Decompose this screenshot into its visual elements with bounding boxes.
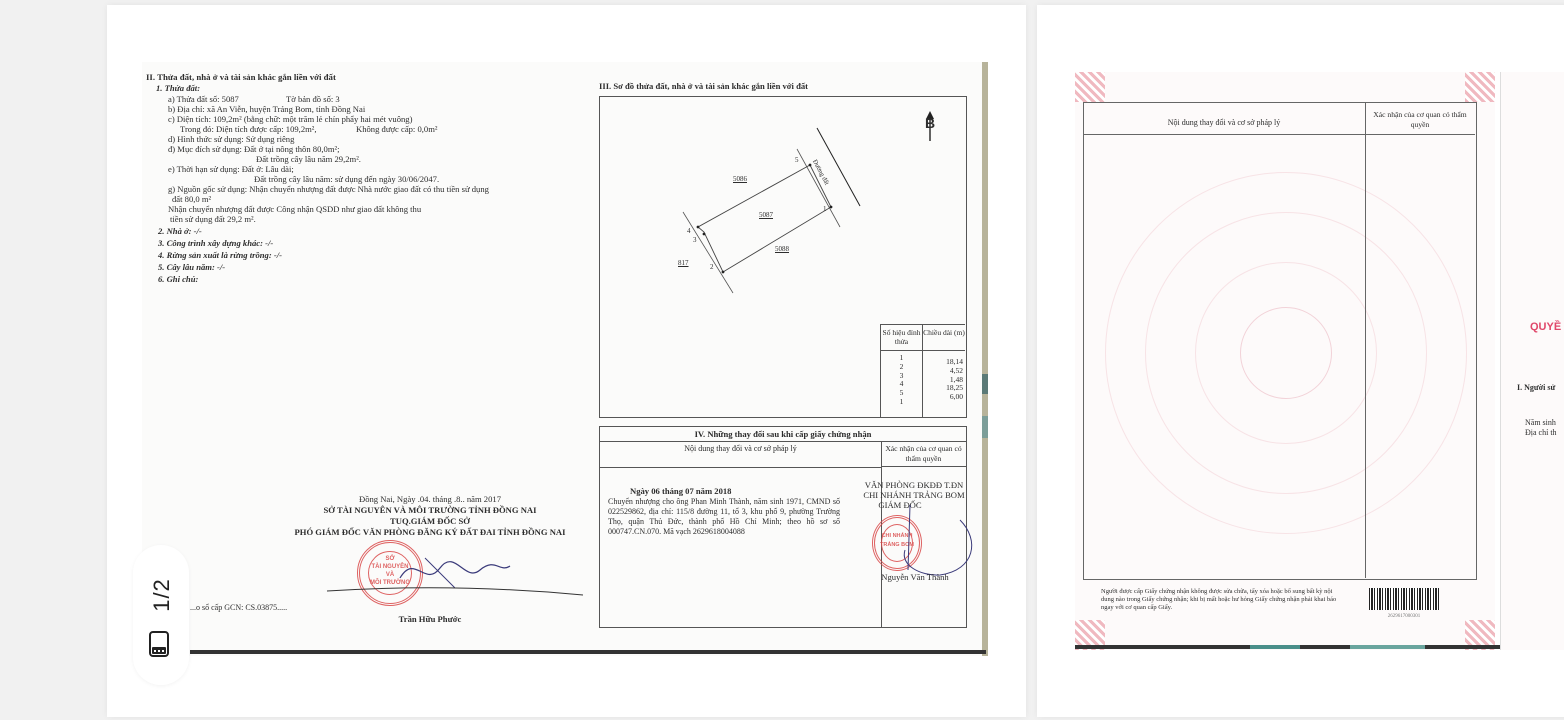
vertex-2: 2: [710, 262, 714, 272]
parcel-label-5086: 5086: [733, 174, 747, 184]
signature-org: SỞ TÀI NGUYÊN VÀ MÔI TRƯỜNG TỈNH ĐỒNG NA…: [280, 505, 580, 515]
edge-length-table: Số hiệu đỉnh thửa Chiều dài (m) 1 2 3 4 …: [880, 324, 965, 417]
barcode-number: 2629617000301: [1369, 612, 1439, 622]
signature-scribble-2: [880, 500, 980, 580]
usage-origin: g) Nguồn gốc sử dụng: Nhận chuyển nhượng…: [168, 184, 489, 194]
parcel-area: c) Diện tích: 109,2m² (bằng chữ: một tră…: [168, 114, 412, 124]
usage-origin-2: đất 80,0 m²: [172, 194, 211, 204]
parcel-number: a) Thửa đất số: 5087: [168, 94, 239, 104]
signer-name: Trần Hữu Phước: [330, 614, 530, 624]
granted-area: Trong đó: Diện tích được cấp: 109,2m²,: [180, 124, 317, 134]
length-table-header-length: Chiều dài (m): [923, 325, 965, 351]
confirm-signer: Nguyễn Văn Thành: [860, 572, 970, 582]
not-granted-area: Không được cấp: 0,0m²: [356, 124, 437, 134]
next-page-line-3: Địa chỉ th: [1525, 428, 1557, 438]
scan-edge: [982, 62, 988, 656]
next-page-line-1: I. Người sử: [1517, 383, 1555, 393]
parcel-label-5087: 5087: [759, 210, 773, 220]
usage-form: d) Hình thức sử dụng: Sử dụng riêng: [168, 134, 294, 144]
section2-title: II. Thửa đất, nhà ở và tài sản khác gắn …: [146, 72, 336, 82]
usage-purpose-2: Đất trồng cây lâu năm 29,2m².: [256, 154, 361, 164]
notes-item: 6. Ghi chú:: [158, 274, 198, 284]
signature-tuq: TUQ.GIÁM ĐỐC SỞ: [280, 516, 580, 526]
section2-sub1: 1. Thửa đất:: [156, 83, 200, 93]
section3-title: III. Sơ đồ thửa đất, nhà ở và tài sản kh…: [599, 81, 808, 91]
north-arrow-label: B: [925, 118, 935, 128]
length-table-points: 1 2 3 4 5 1: [881, 351, 923, 417]
signature-date: Đồng Nai, Ngày .04. tháng .8.. năm 2017: [280, 494, 580, 504]
map-sheet-number: Tờ bản đồ số: 3: [286, 94, 340, 104]
length-table-header-point: Số hiệu đỉnh thửa: [881, 325, 923, 351]
page-indicator[interactable]: 1/2: [133, 545, 189, 685]
change-entry-date: Ngày 06 tháng 07 năm 2018: [630, 486, 731, 496]
usage-purpose: đ) Mục đích sử dụng: Đất ở tại nông thôn…: [168, 144, 339, 154]
next-page-title: QUYỀ: [1530, 322, 1561, 332]
page2-footer-note: Người được cấp Giấy chứng nhận không đượ…: [1101, 588, 1337, 612]
page2-col-confirmation: Xác nhận của cơ quan có thẩm quyền: [1367, 110, 1473, 130]
usage-term: e) Thời hạn sử dụng: Đất ở: Lâu dài;: [168, 164, 294, 174]
parcel-label-5088: 5088: [775, 244, 789, 254]
next-page-line-2: Năm sinh: [1525, 418, 1556, 428]
usage-term-2: Đất trồng cây lâu năm: sử dụng đến ngày …: [254, 174, 439, 184]
changes-col-content: Nội dung thay đổi và cơ sở pháp lý: [600, 441, 882, 468]
signature-role: PHÓ GIÁM ĐỐC VĂN PHÒNG ĐĂNG KÝ ĐẤT ĐAI T…: [272, 527, 588, 537]
signature-underline: [325, 585, 585, 599]
page2-col-content: Nội dung thay đổi và cơ sở pháp lý: [1083, 118, 1365, 128]
section4-title: IV. Những thay đổi sau khi cấp giấy chứn…: [600, 427, 966, 442]
scan-bottom-edge: [190, 650, 986, 654]
vertex-4: 4: [687, 226, 691, 236]
change-entry-body: Chuyển nhượng cho ông Phan Minh Thành, n…: [608, 497, 840, 537]
parcel-address: b) Địa chỉ: xã An Viễn, huyện Trảng Bom,…: [168, 104, 365, 114]
vertex-1: 1: [823, 204, 827, 214]
tablet-icon: [149, 631, 169, 657]
usage-origin-3: Nhận chuyển nhượng đất được Công nhận QS…: [168, 204, 421, 214]
length-table-lengths: 18,14 4,52 1,48 18,25 6,00: [923, 351, 963, 417]
house-item: 2. Nhà ở: -/-: [158, 226, 202, 236]
certificate-scan-page-3-partial: [1500, 72, 1564, 650]
certificate-scan-page-2: Nội dung thay đổi và cơ sở pháp lý Xác n…: [1075, 72, 1495, 650]
perennial-tree-item: 5. Cây lâu năm: -/-: [158, 262, 225, 272]
vertex-3: 3: [693, 235, 697, 245]
forest-item: 4. Rừng sản xuất là rừng trồng: -/-: [158, 250, 282, 260]
certificate-book-number: ...o sổ cấp GCN: CS.03875.....: [190, 603, 287, 613]
vertex-5: 5: [795, 155, 799, 165]
confirm-office-1: VĂN PHÒNG ĐKĐĐ T.ĐN: [850, 480, 978, 490]
parcel-label-817: 817: [678, 258, 689, 268]
changes-col-confirmation: Xác nhận của cơ quan có thẩm quyền: [881, 441, 966, 467]
barcode: [1369, 588, 1439, 610]
confirm-office-2: CHI NHÁNH TRẢNG BOM: [850, 490, 978, 500]
other-construction-item: 3. Công trình xây dựng khác: -/-: [158, 238, 273, 248]
usage-origin-4: tiền sử dụng đất 29,2 m².: [170, 214, 256, 224]
page-indicator-text: 1/2: [132, 580, 192, 610]
scan-bottom-edge-2: [1075, 645, 1564, 649]
